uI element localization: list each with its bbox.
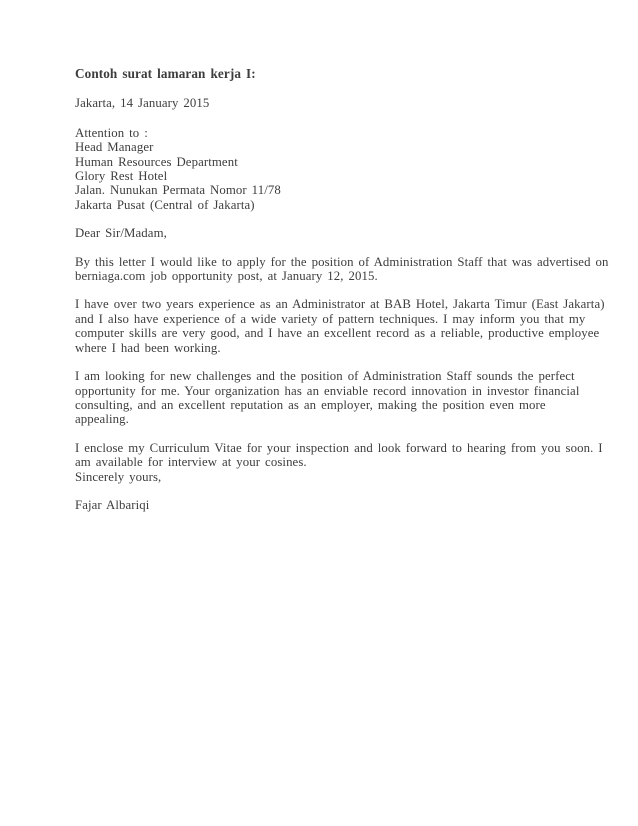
letter-line: berniaga.com job opportunity post, at Ja… bbox=[75, 269, 580, 283]
letter-line: I am looking for new challenges and the … bbox=[75, 369, 580, 383]
letter-line: and I also have experience of a wide var… bbox=[75, 312, 580, 326]
salutation: Dear Sir/Madam, bbox=[75, 226, 580, 240]
paragraph-2: I have over two years experience as an A… bbox=[75, 297, 580, 355]
recipient-line-city: Jakarta Pusat (Central of Jakarta) bbox=[75, 198, 580, 212]
letter-line: opportunity for me. Your organization ha… bbox=[75, 384, 580, 398]
letter-date-block: Jakarta, 14 January 2015 bbox=[75, 96, 580, 110]
letter-date: Jakarta, 14 January 2015 bbox=[75, 96, 580, 110]
letter-title-block: Contoh surat lamaran kerja I: bbox=[75, 67, 580, 81]
recipient-line-role: Head Manager bbox=[75, 140, 580, 154]
letter-line: consulting, and an excellent reputation … bbox=[75, 398, 580, 412]
closing: Sincerely yours, bbox=[75, 470, 580, 484]
recipient-line-department: Human Resources Department bbox=[75, 155, 580, 169]
paragraph-4: I enclose my Curriculum Vitae for your i… bbox=[75, 441, 580, 484]
recipient-address-block: Attention to : Head Manager Human Resour… bbox=[75, 126, 580, 212]
letter-line: am available for interview at your cosin… bbox=[75, 455, 580, 469]
letter-line: I have over two years experience as an A… bbox=[75, 297, 580, 311]
signature-name: Fajar Albariqi bbox=[75, 498, 580, 512]
paragraph-3: I am looking for new challenges and the … bbox=[75, 369, 580, 427]
letter-line: By this letter I would like to apply for… bbox=[75, 255, 580, 269]
letter-line: where I had been working. bbox=[75, 341, 580, 355]
signature-block: Fajar Albariqi bbox=[75, 498, 580, 512]
letter-line: appealing. bbox=[75, 412, 580, 426]
letter-line: computer skills are very good, and I hav… bbox=[75, 326, 580, 340]
letter-line: I enclose my Curriculum Vitae for your i… bbox=[75, 441, 580, 455]
paragraph-1: By this letter I would like to apply for… bbox=[75, 255, 580, 284]
letter-page: Contoh surat lamaran kerja I: Jakarta, 1… bbox=[0, 0, 638, 826]
recipient-line-attention: Attention to : bbox=[75, 126, 580, 140]
recipient-line-company: Glory Rest Hotel bbox=[75, 169, 580, 183]
letter-title: Contoh surat lamaran kerja I: bbox=[75, 67, 580, 81]
salutation-block: Dear Sir/Madam, bbox=[75, 226, 580, 240]
recipient-line-street: Jalan. Nunukan Permata Nomor 11/78 bbox=[75, 183, 580, 197]
